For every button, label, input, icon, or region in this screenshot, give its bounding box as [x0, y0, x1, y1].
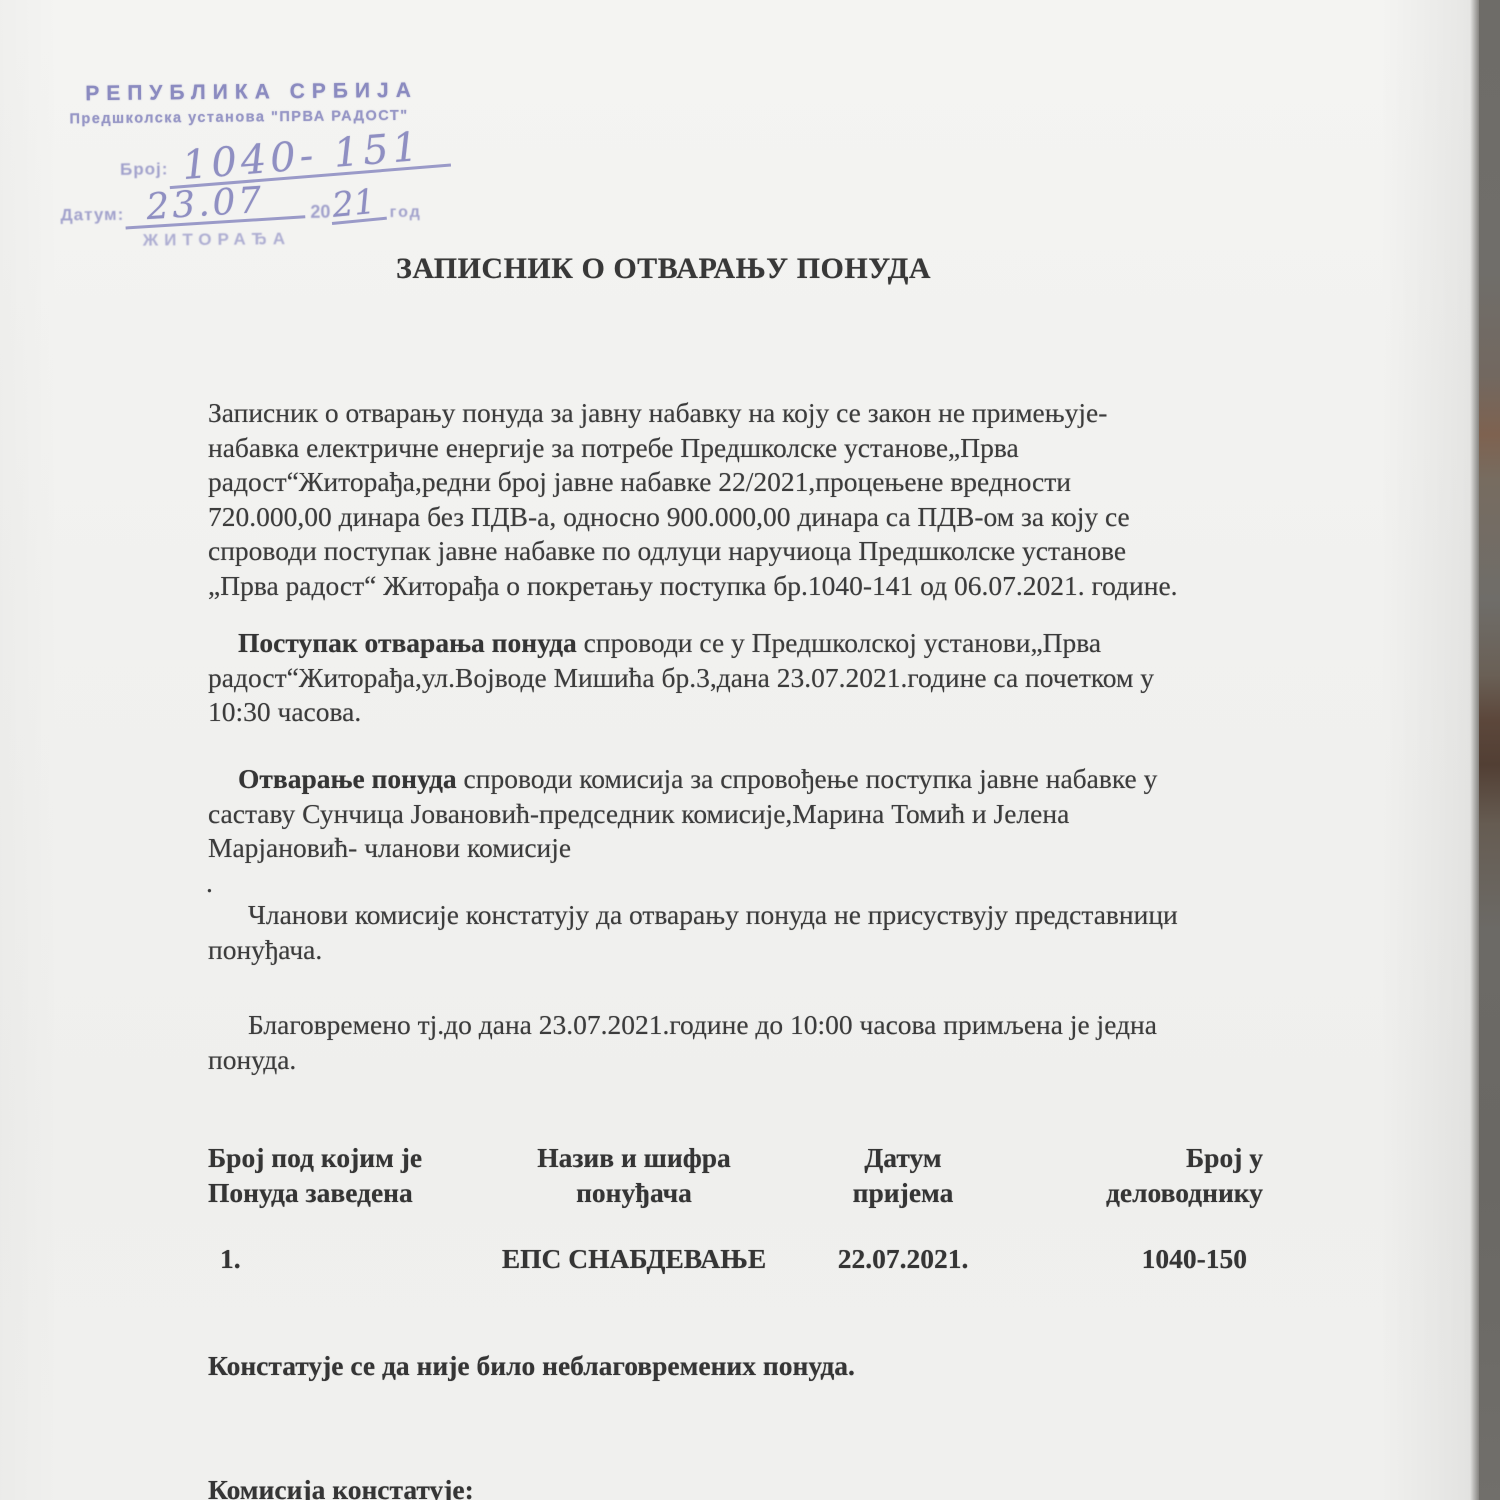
paragraph-no-representatives: Чланови комисије констатују да отварању …: [208, 898, 1298, 967]
cell-bidder-name: ЕПС СНАБДЕВАЊЕ: [480, 1243, 788, 1275]
paragraph-commission-lead: Отварање понуда: [238, 763, 457, 794]
stamp-year-prefix: 20: [310, 202, 330, 223]
paragraph-intro: Записник о отварању понуда за јавну наба…: [208, 396, 1298, 603]
paragraph-procedure: Поступак отварања понуда спроводи се у П…: [208, 626, 1298, 730]
header-bidder-name-line2: понуђача: [480, 1175, 788, 1210]
statement-no-late-offers: Констатује се да није било неблаговремен…: [208, 1350, 855, 1382]
paragraph-procedure-lead: Поступак отварања понуда: [238, 627, 577, 658]
bids-table: Број под којим је Понуда заведена Назив …: [208, 1140, 1263, 1275]
paragraph-timely-offer: Благовремено тј.до дана 23.07.2021.годин…: [208, 1008, 1298, 1077]
stamp-number-handwritten: 1040- 151: [167, 128, 452, 190]
statement-commission-states: Комисија констатује:: [208, 1474, 474, 1500]
header-record-number-line1: Број у: [1018, 1140, 1263, 1175]
stray-dot: .: [206, 866, 213, 901]
header-receipt-date-line1: Датум: [788, 1140, 1018, 1175]
header-record-number: Број у деловоднику: [1018, 1140, 1263, 1210]
stamp-place-line: ЖИТОРАЂА: [143, 226, 541, 250]
bids-table-header-row: Број под којим је Понуда заведена Назив …: [208, 1140, 1263, 1210]
paragraph-commission: Отварање понуда спроводи комисија за спр…: [208, 762, 1298, 866]
header-receipt-date: Датум пријема: [788, 1140, 1018, 1210]
header-record-number-line2: деловоднику: [1018, 1175, 1263, 1210]
header-bidder-name-line1: Назив и шифра: [480, 1140, 788, 1175]
stamp-number-label: Број:: [120, 159, 169, 180]
stamp-number-row: Број: 1040- 151: [120, 136, 540, 179]
cell-bid-number: 1.: [208, 1243, 480, 1275]
document-title: ЗАПИСНИК О ОТВАРАЊУ ПОНУДА: [396, 252, 931, 286]
scan-edge-fade: [1470, 0, 1479, 1500]
cell-record-number: 1040-150: [1018, 1243, 1263, 1275]
ink-stamp: РЕПУБЛИКА СРБИЈА Предшколска установа "П…: [59, 77, 541, 251]
stamp-date-handwritten: 23.07: [123, 183, 305, 229]
header-bid-number: Број под којим је Понуда заведена: [208, 1140, 480, 1210]
stamp-year-handwritten: 21: [329, 187, 387, 225]
stamp-country-line: РЕПУБЛИКА СРБИЈА: [85, 77, 539, 106]
header-bid-number-line2: Понуда заведена: [208, 1175, 480, 1210]
header-bidder-name: Назив и шифра понуђача: [480, 1140, 788, 1210]
bids-table-row: 1. ЕПС СНАБДЕВАЊЕ 22.07.2021. 1040-150: [208, 1243, 1263, 1275]
header-receipt-date-line2: пријема: [788, 1175, 1018, 1210]
scanned-document-page: РЕПУБЛИКА СРБИЈА Предшколска установа "П…: [0, 0, 1500, 1500]
stamp-institution-line: Предшколска установа "ПРВА РАДОСТ": [69, 106, 539, 127]
scan-edge-band: [1479, 0, 1500, 1500]
stamp-year-suffix: год: [390, 204, 422, 222]
header-bid-number-line1: Број под којим је: [208, 1140, 480, 1175]
cell-receipt-date: 22.07.2021.: [788, 1243, 1018, 1275]
stamp-date-label: Датум:: [60, 205, 124, 226]
stamp-date-row: Датум: 23.07 20 21 год: [60, 185, 540, 225]
